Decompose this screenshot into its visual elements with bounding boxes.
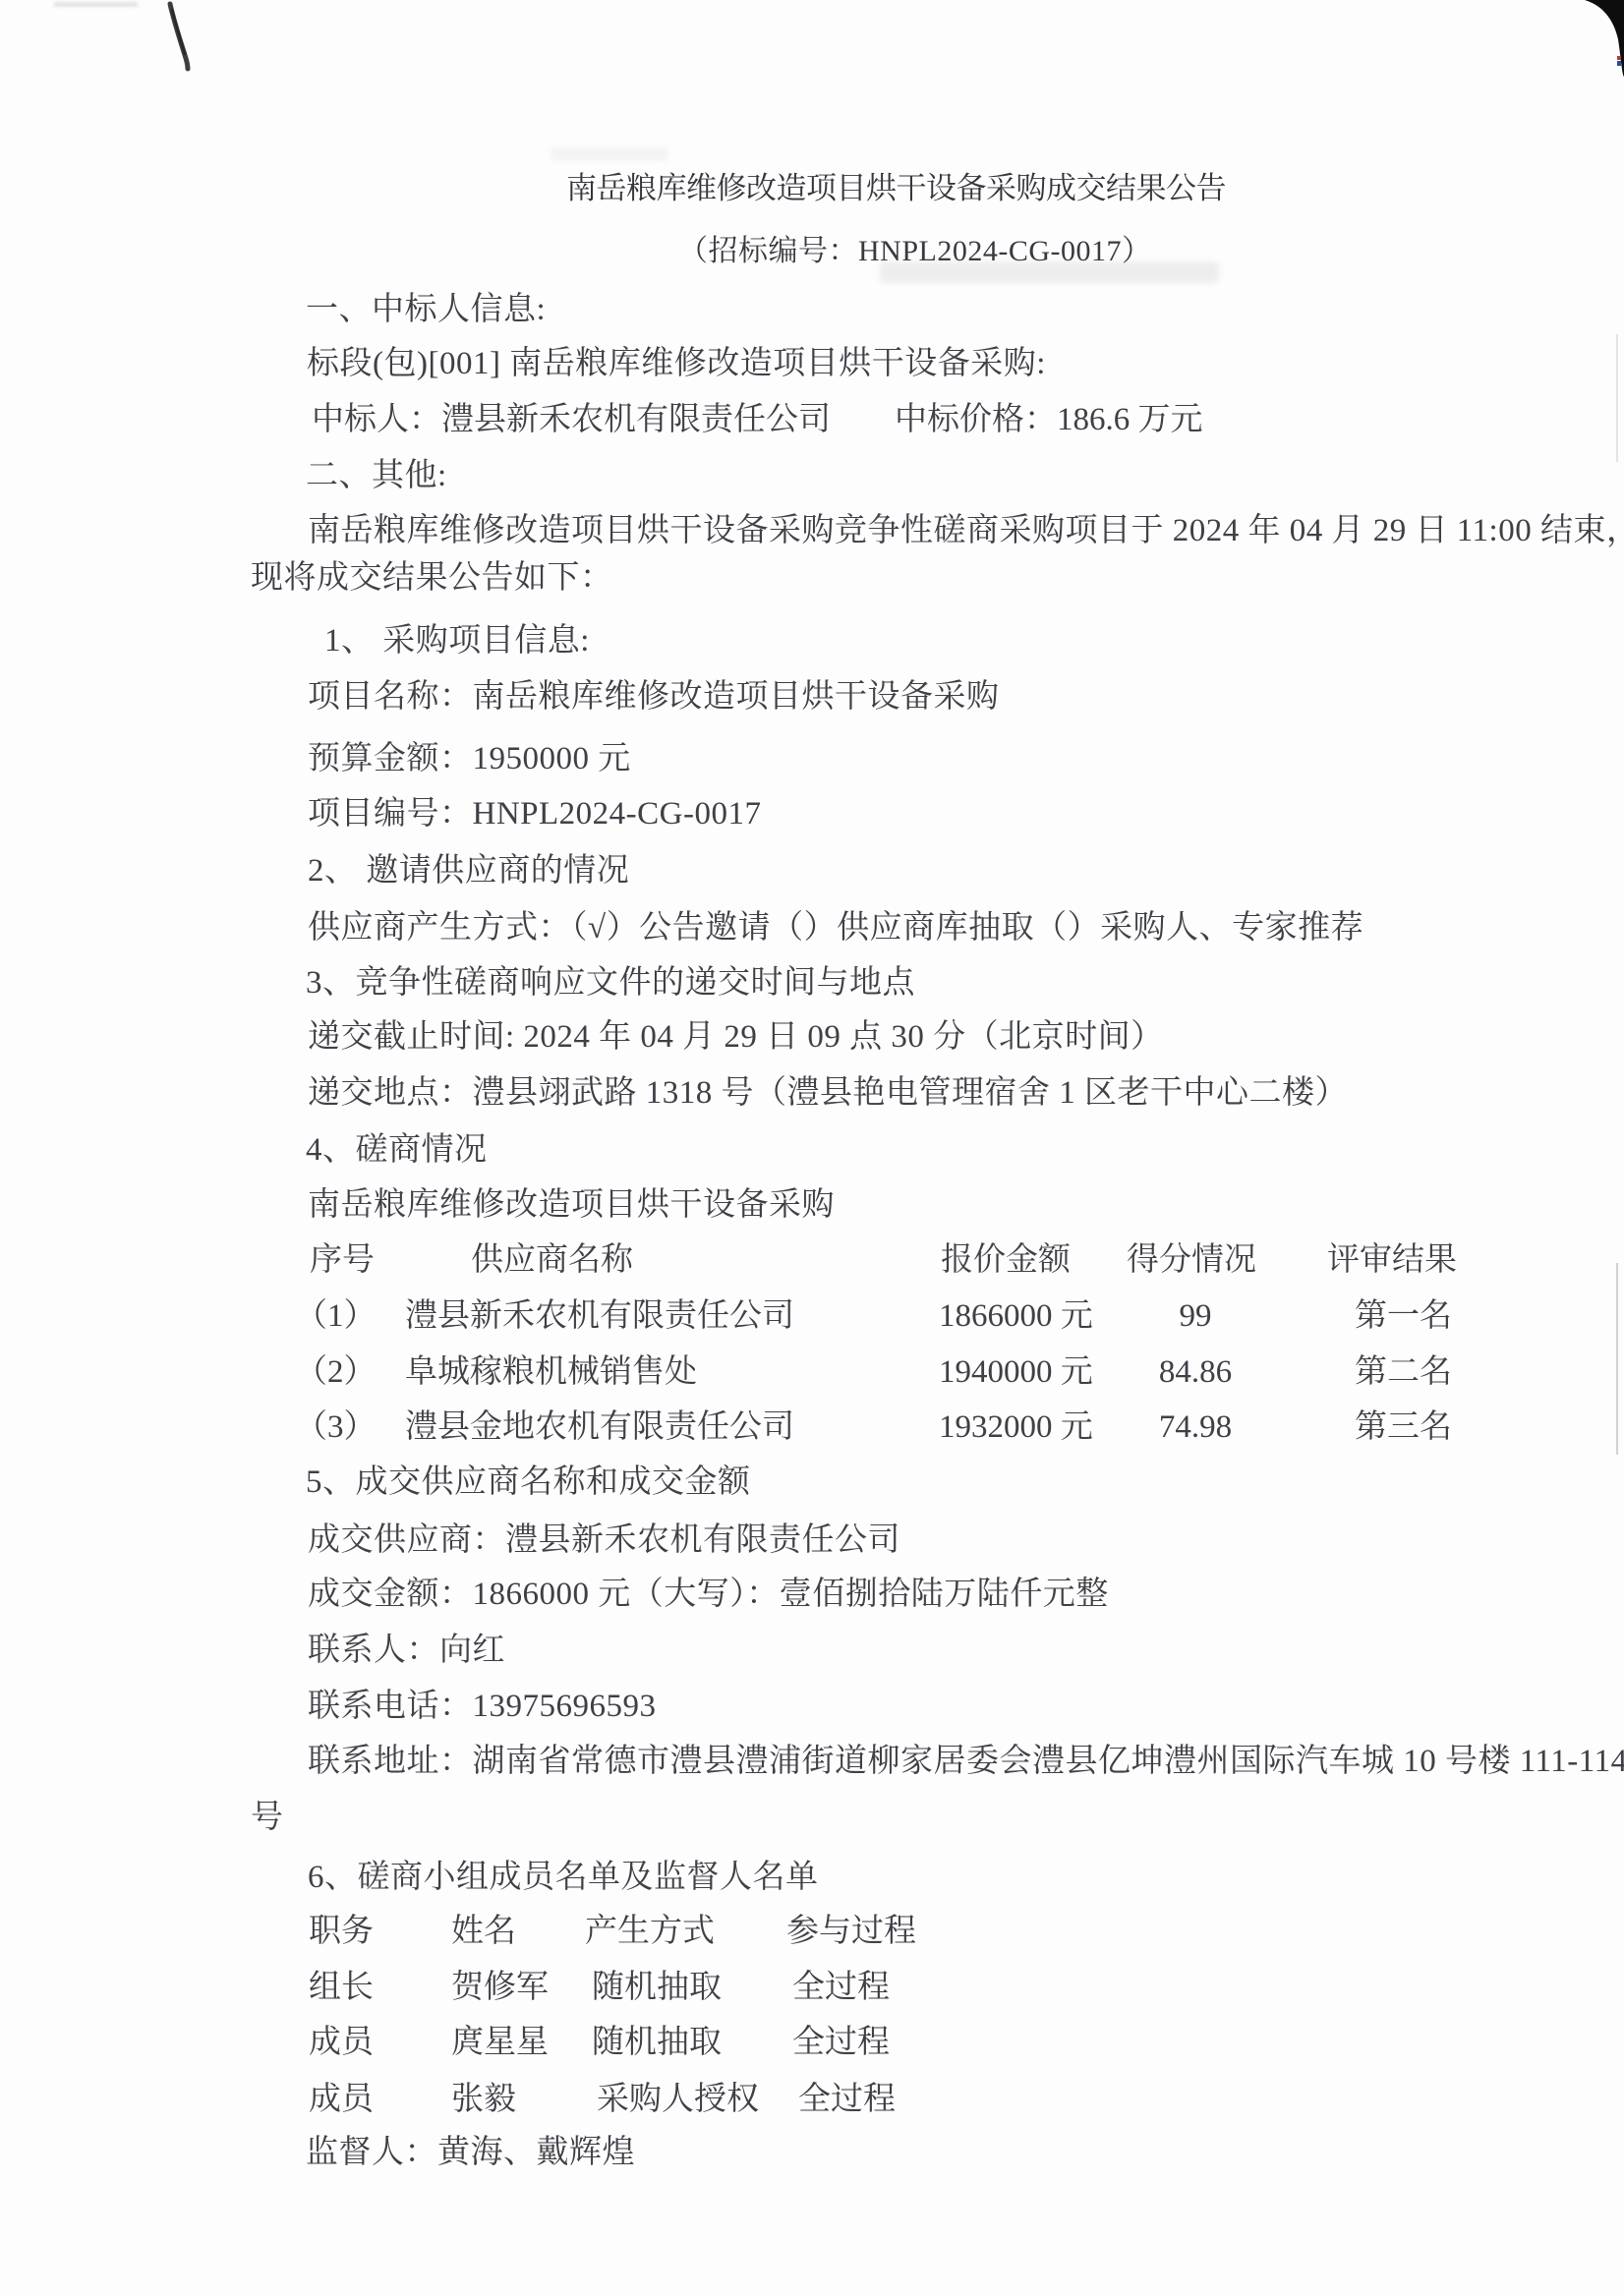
row-supplier: 阜城稼粮机械销售处 [405,1350,697,1394]
member-method: 随机抽取 [592,2021,722,2064]
row-price: 1932000 元 [939,1406,1093,1449]
panel-table-header: 职务 姓名 产生方式 参与过程 [0,1910,1624,1953]
col-header-role: 职务 [309,1910,374,1953]
row-price: 1940000 元 [939,1350,1093,1394]
col-header-result: 评审结果 [1327,1238,1457,1282]
contact-address-line1: 联系地址：湖南省常德市澧县澧浦街道柳家居委会澧县亿坤澧州国际汽车城 10 号楼 … [308,1740,1624,1783]
member-participation: 全过程 [792,2021,890,2064]
member-role: 组长 [309,1966,374,2009]
section2-heading: 二、其他: [306,454,447,497]
pen-mark [0,0,256,108]
item1-heading: 1、 采购项目信息: [324,619,590,662]
member-name: 庹星星 [451,2021,549,2064]
col-header-name: 姓名 [451,1910,516,1953]
intro-line1: 南岳粮库维修改造项目烘干设备采购竞争性磋商采购项目于 2024 年 04 月 2… [308,509,1624,552]
row-result: 第一名 [1327,1294,1479,1338]
project-no: 项目编号：HNPL2024-CG-0017 [308,792,762,835]
col-header-score: 得分情况 [1127,1238,1256,1282]
suppliers-table-header: 序号 供应商名称 报价金额 得分情况 评审结果 [0,1238,1624,1282]
scan-corner-artifact [1565,0,1624,108]
row-no: （1） [295,1294,377,1338]
section1-heading: 一、中标人信息: [306,288,546,331]
winner-price: 中标价格：186.6 万元 [895,398,1203,441]
table-row: 成员 庹星星 随机抽取 全过程 [0,2021,1624,2064]
scan-smudge-top-left [54,2,138,7]
supplier-selection-method: 供应商产生方式：（√）公告邀请（）供应商库抽取（）采购人、专家推荐 [308,906,1363,949]
item5-heading: 5、成交供应商名称和成交金额 [306,1461,751,1504]
ghost-text-smudge [551,147,668,161]
document-title: 南岳粮库维修改造项目烘干设备采购成交结果公告 [566,167,1226,210]
member-method: 采购人授权 [597,2078,759,2121]
row-score: 84.86 [1127,1350,1264,1394]
table-row: 成员 张毅 采购人授权 全过程 [0,2078,1624,2121]
table-row: （1） 澧县新禾农机有限责任公司 1866000 元 99 第一名 [0,1294,1624,1338]
awarded-amount: 成交金额：1866000 元（大写）：壹佰捌拾陆万陆仟元整 [308,1573,1109,1616]
col-header-price: 报价金额 [941,1238,1071,1282]
col-header-no: 序号 [310,1238,375,1282]
row-no: （2） [295,1350,377,1394]
row-no: （3） [295,1406,377,1449]
row-supplier: 澧县金地农机有限责任公司 [405,1406,794,1449]
member-method: 随机抽取 [592,1966,722,2009]
table-row: （2） 阜城稼粮机械销售处 1940000 元 84.86 第二名 [0,1350,1624,1394]
row-result: 第二名 [1327,1350,1479,1394]
contact-phone: 联系电话：13975696593 [308,1685,657,1728]
submission-deadline: 递交截止时间: 2024 年 04 月 29 日 09 点 30 分（北京时间） [308,1015,1164,1059]
supervisors-line: 监督人：黄海、戴辉煌 [306,2131,635,2174]
contact-address-line2: 号 [251,1796,284,1839]
table-row: 组长 贺修军 随机抽取 全过程 [0,1966,1624,2009]
item4-heading: 4、磋商情况 [306,1128,488,1172]
member-role: 成员 [309,2078,374,2121]
project-name: 项目名称：南岳粮库维修改造项目烘干设备采购 [308,675,1000,718]
submission-location: 递交地点：澧县翊武路 1318 号（澧县艳电管理宿舍 1 区老干中心二楼） [308,1071,1348,1115]
item3-heading: 3、竞争性磋商响应文件的递交时间与地点 [306,961,915,1004]
document-subtitle: （招标编号：HNPL2024-CG-0017） [678,230,1152,273]
member-name: 贺修军 [451,1966,549,2009]
budget: 预算金额：1950000 元 [308,737,631,780]
row-score: 99 [1127,1294,1264,1338]
intro-line2: 现将成交结果公告如下： [251,556,613,600]
col-header-supplier: 供应商名称 [471,1238,633,1282]
member-role: 成员 [309,2021,374,2064]
contact-person: 联系人：向红 [308,1629,505,1672]
item2-heading: 2、 邀请供应商的情况 [308,849,629,892]
lot-line: 标段(包)[001] 南岳粮库维修改造项目烘干设备采购: [307,342,1046,385]
row-price: 1866000 元 [939,1294,1093,1338]
col-header-method: 产生方式 [585,1910,715,1953]
item6-heading: 6、磋商小组成员名单及监督人名单 [308,1856,819,1899]
winner-line: 中标人：澧县新禾农机有限责任公司 中标价格：186.6 万元 [0,398,1624,441]
table-row: （3） 澧县金地农机有限责任公司 1932000 元 74.98 第三名 [0,1406,1624,1449]
member-participation: 全过程 [792,1966,890,2009]
member-name: 张毅 [451,2078,516,2121]
row-supplier: 澧县新禾农机有限责任公司 [405,1294,794,1338]
document-page: 南岳粮库维修改造项目烘干设备采购成交结果公告 （招标编号：HNPL2024-CG… [0,0,1624,2296]
suppliers-table-title: 南岳粮库维修改造项目烘干设备采购 [308,1183,835,1227]
row-score: 74.98 [1127,1406,1264,1449]
col-header-participation: 参与过程 [786,1910,916,1953]
row-result: 第三名 [1327,1406,1479,1449]
awarded-supplier: 成交供应商：澧县新禾农机有限责任公司 [308,1519,900,1562]
member-participation: 全过程 [798,2078,896,2121]
winner-name: 中标人：澧县新禾农机有限责任公司 [312,398,831,441]
